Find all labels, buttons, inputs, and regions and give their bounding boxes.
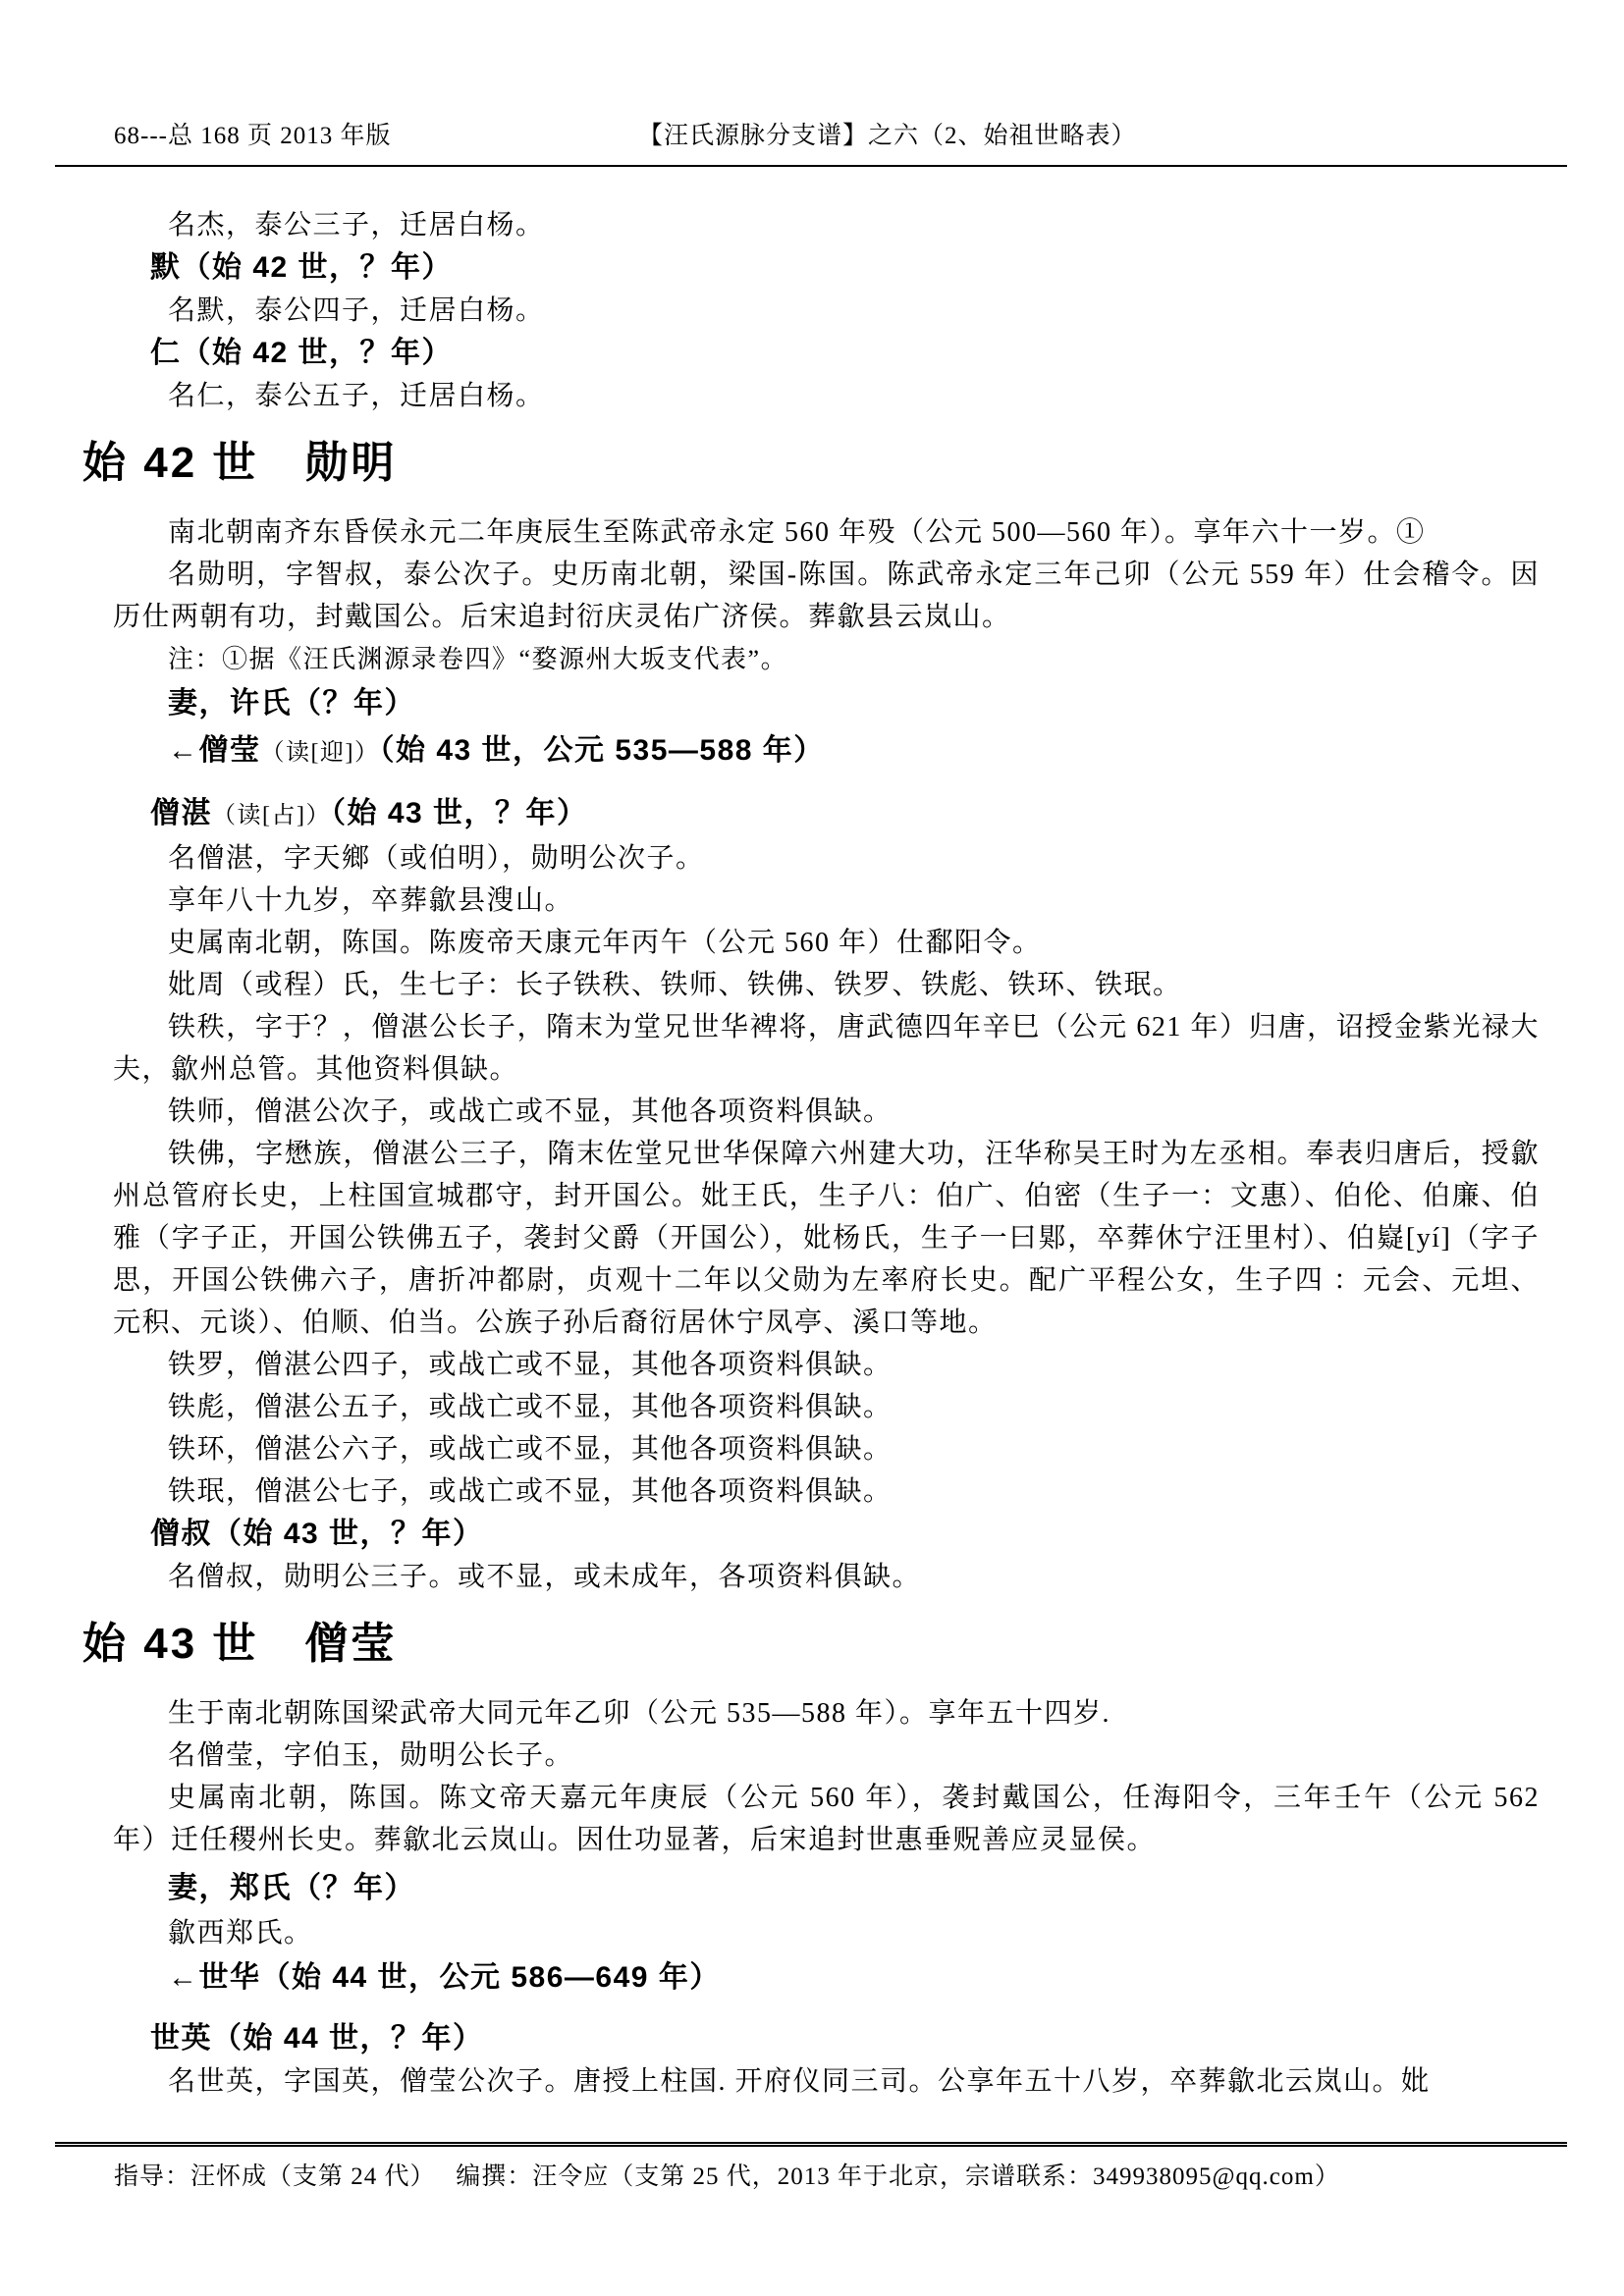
entry-pronunciation: （读[占]） [212, 803, 331, 828]
gen42-footnote: 注：①据《汪氏渊源录卷四》“婺源州大坂支代表”。 [113, 638, 1540, 680]
wife-heading-zheng: 妻，郑氏（？年） [113, 1865, 1540, 1912]
sengshu-paragraph: 名僧叔，勋明公三子。或不显，或未成年，各项资料俱缺。 [113, 1556, 1540, 1598]
entry-heading-sengzhan: 僧湛（读[占]）（始 43 世，？年） [113, 792, 1540, 837]
page-number-edition: 68---总 168 页 2013 年版 [114, 123, 391, 149]
entry-ren-line: 名仁，泰公五子，迁居白杨。 [113, 375, 1540, 417]
heir-name: 世华 [199, 1961, 261, 1994]
gen43-paragraph-history: 史属南北朝，陈国。陈文帝天嘉元年庚辰（公元 560 年），袭封戴国公，任海阳令，… [113, 1777, 1540, 1861]
entry-heading-ren: 仁（始 42 世，？年） [113, 332, 1540, 375]
entry-jie-line: 名杰，泰公三子，迁居白杨。 [113, 204, 1540, 246]
entry-heading-mo: 默（始 42 世，？年） [113, 246, 1540, 290]
wife-heading-xu: 妻，许氏（？年） [113, 680, 1540, 727]
sengzhan-paragraph-name: 名僧湛，字天鄉（或伯明），勋明公次子。 [113, 837, 1540, 880]
heir-line-shihua: ←世华（始 44 世，公元 586—649 年） [113, 1954, 1540, 2003]
heir-pronunciation: （读[迎]） [261, 740, 380, 766]
entry-years: （始 43 世，？年） [331, 797, 588, 829]
genealogy-page: 68---总 168 页 2013 年版 【汪氏源脉分支谱】之六（2、始祖世略表… [0, 0, 1624, 2296]
left-arrow-icon: ← [168, 734, 199, 767]
son-tiezhi-paragraph: 铁秩，字于？，僧湛公长子，隋末为堂兄世华裨将，唐武德四年辛巳（公元 621 年）… [113, 1006, 1540, 1091]
heir-years: （始 43 世，公元 535—588 年） [379, 734, 824, 767]
son-tieluo-paragraph: 铁罗，僧湛公四子，或战亡或不显，其他各项资料俱缺。 [113, 1344, 1540, 1386]
shiying-paragraph: 名世英，字国英，僧莹公次子。唐授上柱国. 开府仪同三司。公享年五十八岁，卒葬歙北… [113, 2060, 1540, 2103]
sengzhan-paragraph-history: 史属南北朝，陈国。陈废帝天康元年丙午（公元 560 年）仕鄱阳令。 [113, 922, 1540, 964]
footer-credits: 指导：汪怀成（支第 24 代） 编撰：汪令应（支第 25 代，2013 年于北京… [114, 2163, 1340, 2190]
son-tiemin-paragraph: 铁珉，僧湛公七子，或战亡或不显，其他各项资料俱缺。 [113, 1470, 1540, 1513]
entry-heading-shiying: 世英（始 44 世，？年） [113, 2017, 1540, 2060]
left-arrow-icon: ← [168, 1961, 199, 1994]
page-footer: 指导：汪怀成（支第 24 代） 编撰：汪令应（支第 25 代，2013 年于北京… [55, 2142, 1567, 2192]
son-tiefo-paragraph: 铁佛，字懋族，僧湛公三子，隋末佐堂兄世华保障六州建大功，汪华称吴王时为左丞相。奉… [113, 1133, 1540, 1344]
gen42-paragraph-birth: 南北朝南齐东昏侯永元二年庚辰生至陈武帝永定 560 年殁（公元 500—560 … [113, 511, 1540, 554]
heir-years: （始 44 世，公元 586—649 年） [261, 1961, 721, 1994]
section-title-gen42: 始 42 世 勋明 [82, 433, 1540, 494]
entry-name: 僧湛 [150, 797, 212, 829]
gen43-paragraph-birth: 生于南北朝陈国梁武帝大同元年乙卯（公元 535—588 年）。享年五十四岁. [113, 1692, 1540, 1735]
gen42-paragraph-bio: 名勋明，字智叔，泰公次子。史历南北朝，梁国-陈国。陈武帝永定三年己卯（公元 55… [113, 554, 1540, 638]
heir-name: 僧莹 [199, 734, 261, 767]
son-tiehuan-paragraph: 铁环，僧湛公六子，或战亡或不显，其他各项资料俱缺。 [113, 1428, 1540, 1470]
section-title-gen43: 始 43 世 僧莹 [82, 1614, 1540, 1675]
page-header: 68---总 168 页 2013 年版 【汪氏源脉分支谱】之六（2、始祖世略表… [55, 116, 1567, 167]
entry-heading-sengshu: 僧叔（始 43 世，？年） [113, 1513, 1540, 1556]
sengzhan-paragraph-sons: 妣周（或程）氏，生七子：长子铁秩、铁师、铁佛、铁罗、铁彪、铁环、铁珉。 [113, 964, 1540, 1006]
sengzhan-paragraph-age: 享年八十九岁，卒葬歙县溲山。 [113, 880, 1540, 922]
son-tieshi-paragraph: 铁师，僧湛公次子，或战亡或不显，其他各项资料俱缺。 [113, 1091, 1540, 1133]
gen43-paragraph-name: 名僧莹，字伯玉，勋明公长子。 [113, 1735, 1540, 1777]
book-title: 【汪氏源脉分支谱】之六（2、始祖世略表） [638, 116, 1137, 151]
son-tiebiao-paragraph: 铁彪，僧湛公五子，或战亡或不显，其他各项资料俱缺。 [113, 1386, 1540, 1428]
heir-line-sengying: ←僧莹（读[迎]）（始 43 世，公元 535—588 年） [113, 727, 1540, 776]
entry-mo-line: 名默，泰公四子，迁居白杨。 [113, 290, 1540, 332]
page-content: 名杰，泰公三子，迁居白杨。 默（始 42 世，？年） 名默，泰公四子，迁居白杨。… [113, 204, 1540, 2103]
gen43-paragraph-wife-origin: 歙西郑氏。 [113, 1912, 1540, 1954]
